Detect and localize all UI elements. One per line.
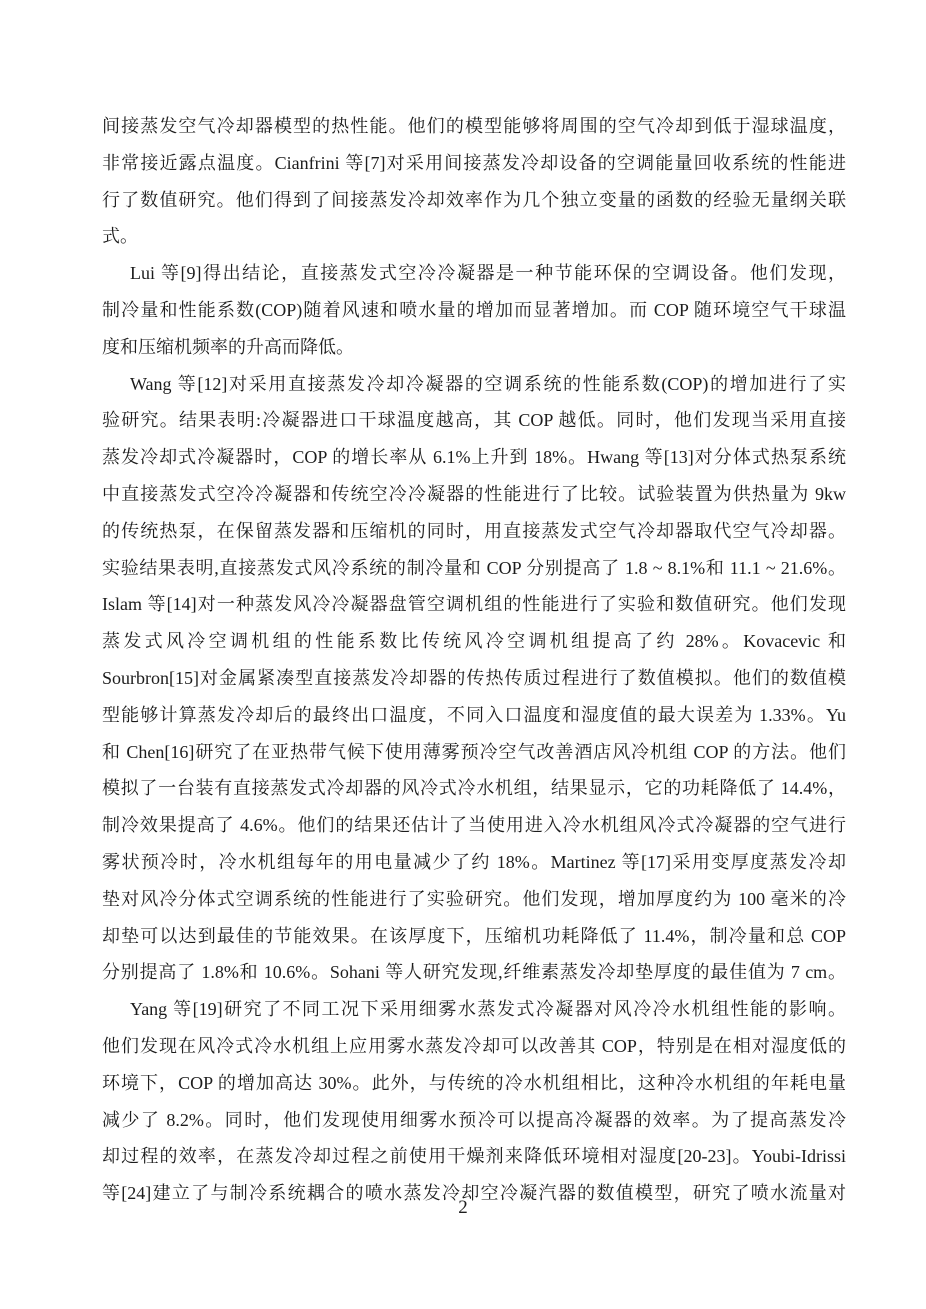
paragraph: 间接蒸发空气冷却器模型的热性能。他们的模型能够将周围的空气冷却到低于湿球温度，非… [102, 108, 846, 255]
text-line: 蒸发式风冷空调机组的性能系数比传统风冷空调机组提高了约 28%。Kovacevi… [102, 623, 846, 660]
text-line: 分别提高了 1.8%和 10.6%。Sohani 等人研究发现,纤维素蒸发冷却垫… [102, 954, 846, 991]
text-line: 制冷量和性能系数(COP)随着风速和喷水量的增加而显著增加。而 COP 随环境空… [102, 292, 846, 329]
text-line: 却过程的效率，在蒸发冷却过程之前使用干燥剂来降低环境相对湿度[20-23]。Yo… [102, 1138, 846, 1175]
document-body: 间接蒸发空气冷却器模型的热性能。他们的模型能够将周围的空气冷却到低于湿球温度，非… [102, 108, 846, 1212]
paragraph: Yang 等[19]研究了不同工况下采用细雾水蒸发式冷凝器对风冷冷水机组性能的影… [102, 991, 846, 1212]
text-line: 验研究。结果表明:冷凝器进口干球温度越高，其 COP 越低。同时，他们发现当采用… [102, 402, 846, 439]
text-line: 环境下，COP 的增加高达 30%。此外，与传统的冷水机组相比，这种冷水机组的年… [102, 1065, 846, 1102]
text-line: 间接蒸发空气冷却器模型的热性能。他们的模型能够将周围的空气冷却到低于湿球温度， [102, 108, 846, 145]
text-line: 模拟了一台装有直接蒸发式冷却器的风冷式冷水机组，结果显示，它的功耗降低了 14.… [102, 770, 846, 807]
text-line: Islam 等[14]对一种蒸发风冷冷凝器盘管空调机组的性能进行了实验和数值研究… [102, 586, 846, 623]
text-line: 中直接蒸发式空冷冷凝器和传统空冷冷凝器的性能进行了比较。试验装置为供热量为 9k… [102, 476, 846, 513]
text-line: 蒸发冷却式冷凝器时，COP 的增长率从 6.1%上升到 18%。Hwang 等[… [102, 439, 846, 476]
text-line: 型能够计算蒸发冷却后的最终出口温度，不同入口温度和湿度值的最大误差为 1.33%… [102, 697, 846, 734]
text-line: Yang 等[19]研究了不同工况下采用细雾水蒸发式冷凝器对风冷冷水机组性能的影… [102, 991, 846, 1028]
text-line: 非常接近露点温度。Cianfrini 等[7]对采用间接蒸发冷却设备的空调能量回… [102, 145, 846, 182]
text-line: 行了数值研究。他们得到了间接蒸发冷却效率作为几个独立变量的函数的经验无量纲关联 [102, 182, 846, 219]
page-footer: 2 [0, 1196, 926, 1220]
text-line: 却垫可以达到最佳的节能效果。在该厚度下，压缩机功耗降低了 11.4%，制冷量和总… [102, 918, 846, 955]
text-line: 减少了 8.2%。同时，他们发现使用细雾水预冷可以提高冷凝器的效率。为了提高蒸发… [102, 1102, 846, 1139]
text-line: 制冷效果提高了 4.6%。他们的结果还估计了当使用进入冷水机组风冷式冷凝器的空气… [102, 807, 846, 844]
page-number: 2 [458, 1197, 468, 1218]
text-line: 垫对风冷分体式空调系统的性能进行了实验研究。他们发现，增加厚度约为 100 毫米… [102, 881, 846, 918]
text-line: 他们发现在风冷式冷水机组上应用雾水蒸发冷却可以改善其 COP，特别是在相对湿度低… [102, 1028, 846, 1065]
paper-page: 间接蒸发空气冷却器模型的热性能。他们的模型能够将周围的空气冷却到低于湿球温度，非… [0, 0, 926, 1309]
text-line: 和 Chen[16]研究了在亚热带气候下使用薄雾预冷空气改善酒店风冷机组 COP… [102, 734, 846, 771]
text-line: 雾状预冷时，冷水机组每年的用电量减少了约 18%。Martinez 等[17]采… [102, 844, 846, 881]
text-line: Wang 等[12]对采用直接蒸发冷却冷凝器的空调系统的性能系数(COP)的增加… [102, 366, 846, 403]
text-line: Lui 等[9]得出结论，直接蒸发式空冷冷凝器是一种节能环保的空调设备。他们发现… [102, 255, 846, 292]
text-line: Sourbron[15]对金属紧凑型直接蒸发冷却器的传热传质过程进行了数值模拟。… [102, 660, 846, 697]
paragraph: Lui 等[9]得出结论，直接蒸发式空冷冷凝器是一种节能环保的空调设备。他们发现… [102, 255, 846, 365]
text-line: 的传统热泵，在保留蒸发器和压缩机的同时，用直接蒸发式空气冷却器取代空气冷却器。 [102, 513, 846, 550]
text-line: 度和压缩机频率的升高而降低。 [102, 329, 846, 366]
text-line: 实验结果表明,直接蒸发式风冷系统的制冷量和 COP 分别提高了 1.8 ~ 8.… [102, 550, 846, 587]
paragraph: Wang 等[12]对采用直接蒸发冷却冷凝器的空调系统的性能系数(COP)的增加… [102, 366, 846, 992]
text-line: 式。 [102, 218, 846, 255]
